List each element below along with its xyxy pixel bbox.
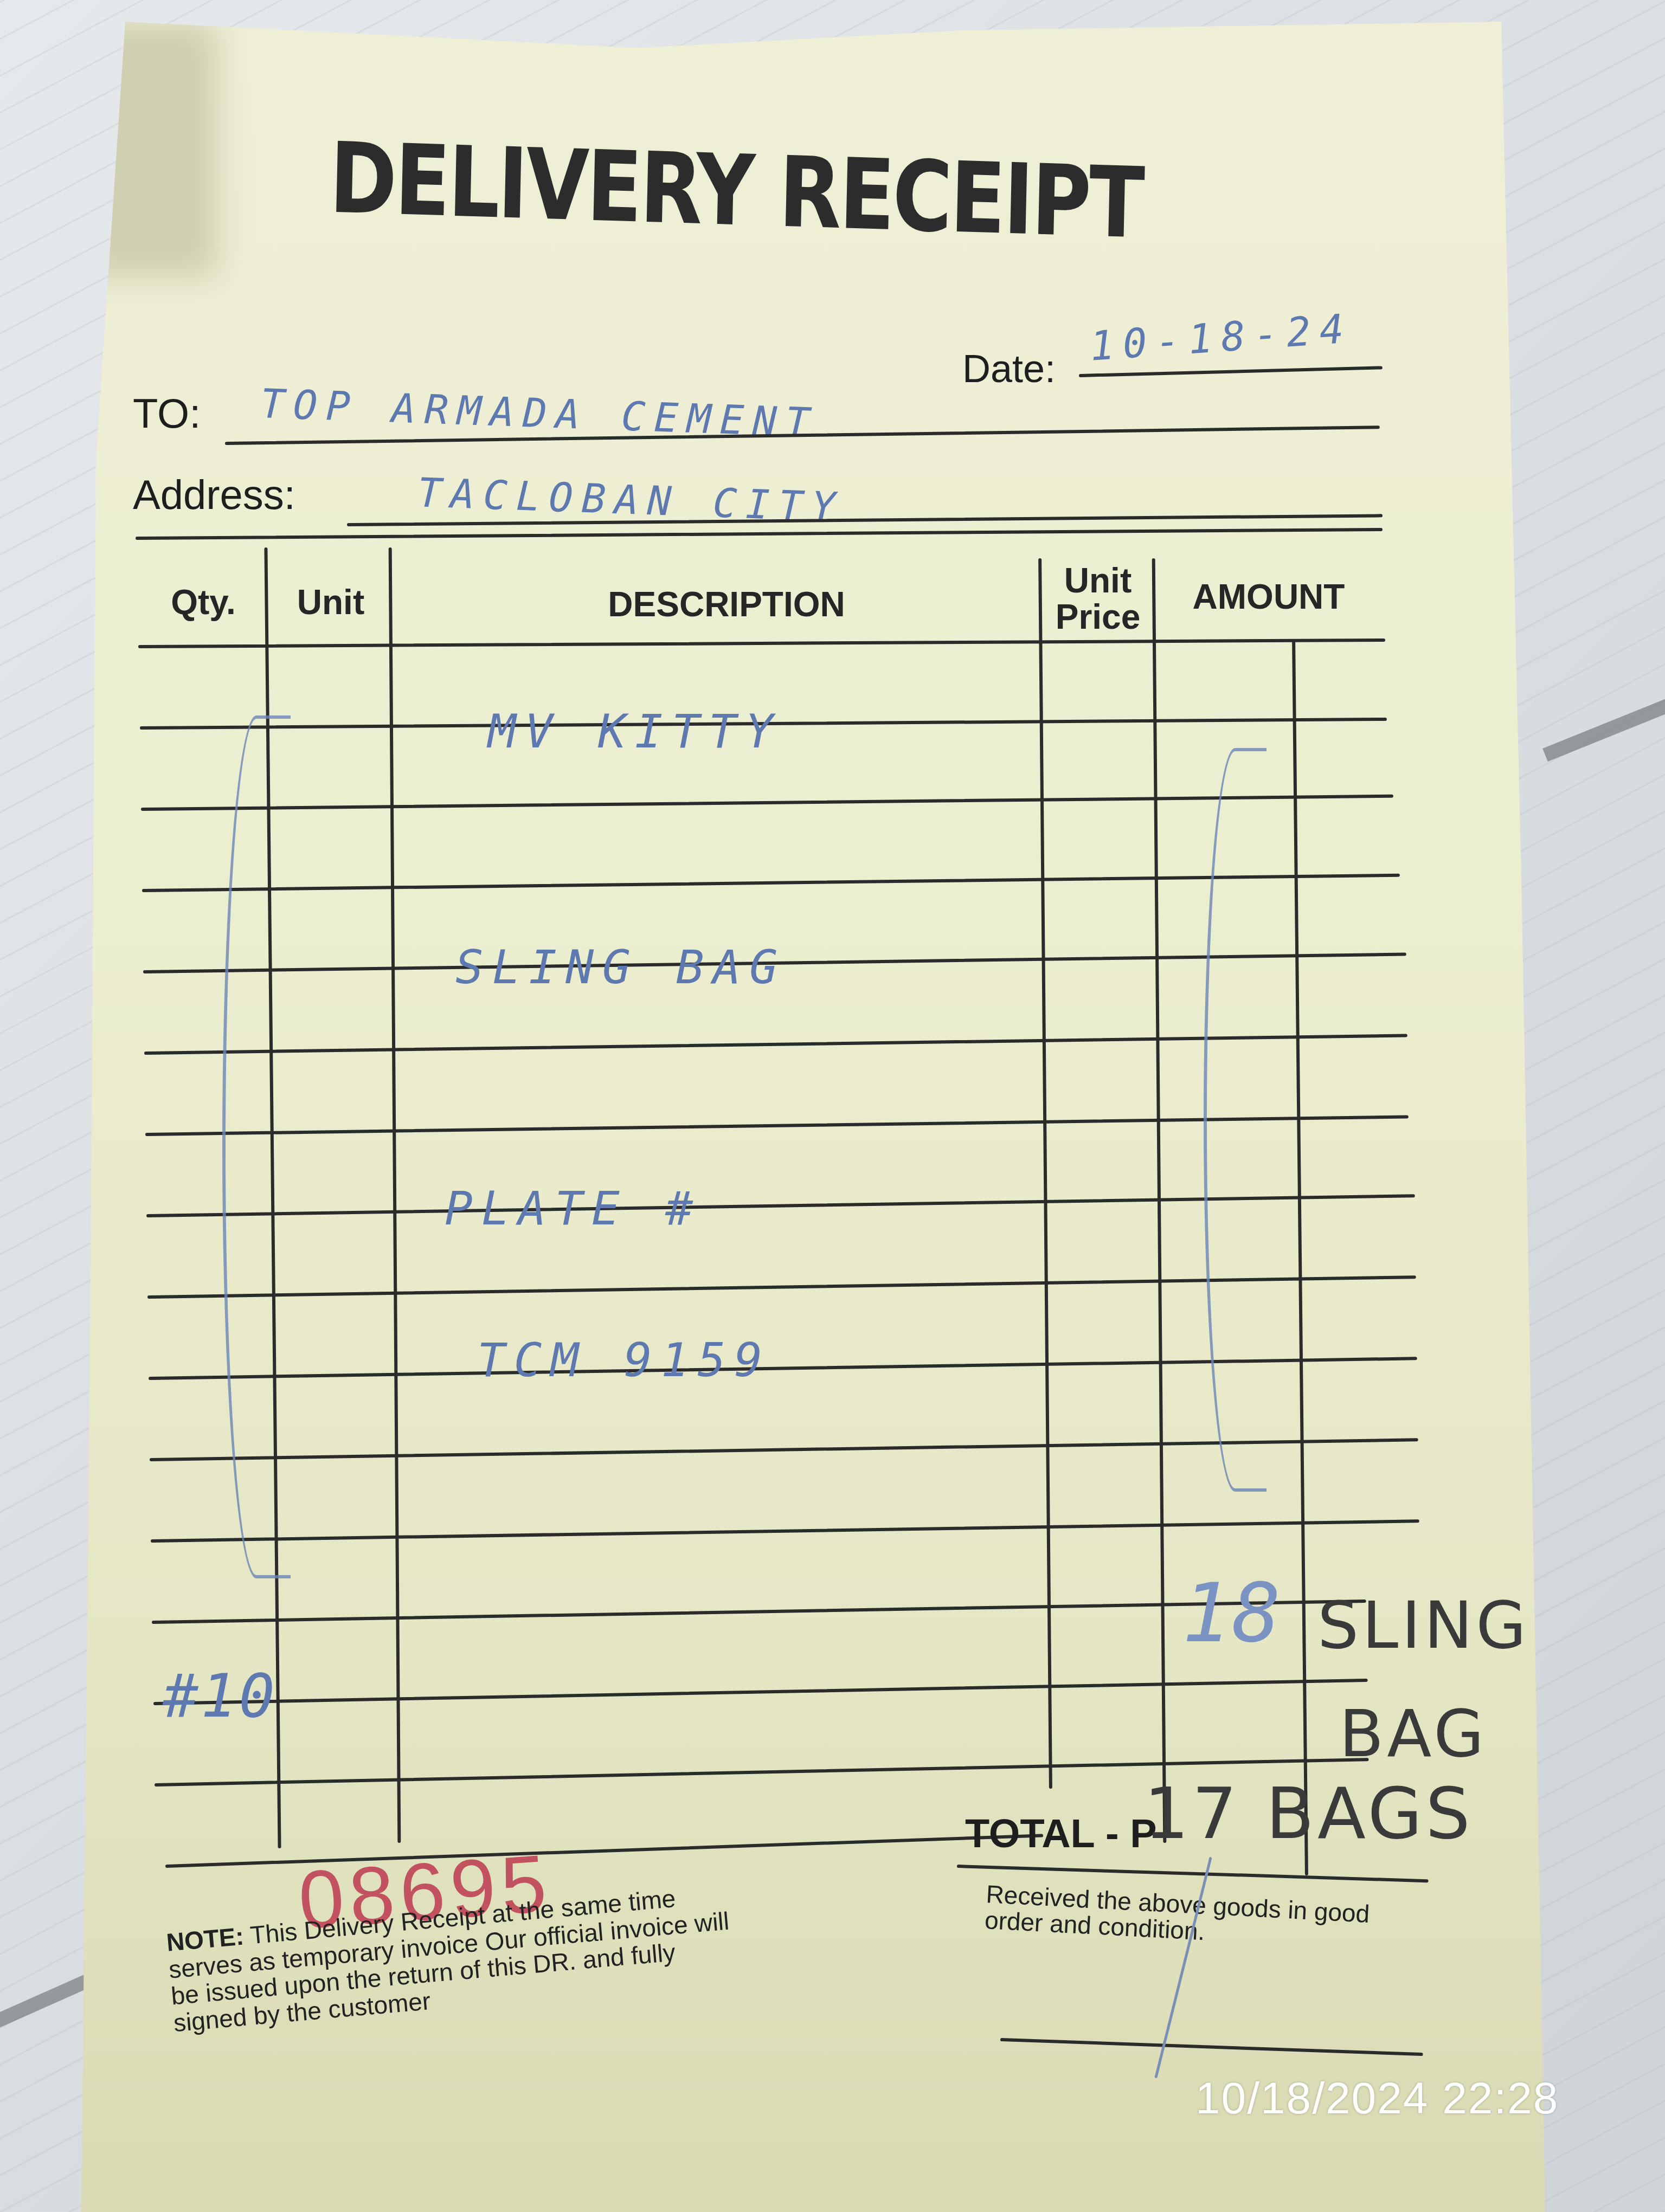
- column-header-qty: Qty.: [163, 584, 244, 621]
- side-note-bag: BAG: [1339, 1697, 1487, 1772]
- column-header-amount: AMOUNT: [1177, 579, 1361, 615]
- date-label: Date:: [962, 347, 1056, 391]
- side-note-number: 18: [1182, 1566, 1282, 1661]
- to-label: TO:: [133, 390, 201, 437]
- unit-price-line1: Unit: [1046, 563, 1149, 599]
- total-value: 17 BAGS: [1144, 1772, 1474, 1855]
- qty-note: #10: [163, 1661, 277, 1731]
- row-description: PLATE #: [445, 1182, 702, 1236]
- photo-timestamp: 10/18/2024 22:28: [1195, 2073, 1559, 2124]
- column-header-description: DESCRIPTION: [558, 586, 895, 623]
- qty-bracket-mark: [222, 715, 291, 1578]
- unit-price-line2: Price: [1046, 599, 1149, 635]
- total-label: TOTAL - P: [965, 1810, 1157, 1856]
- row-description: TCM 9159: [477, 1333, 771, 1388]
- row-description: SLING BAG: [455, 940, 786, 995]
- column-header-unit: Unit: [282, 584, 380, 621]
- address-label: Address:: [133, 472, 295, 519]
- amount-bracket-mark: [1204, 748, 1267, 1492]
- row-description: MV KITTY: [488, 705, 782, 759]
- side-note-sling: SLING: [1317, 1588, 1529, 1663]
- column-header-unit-price: Unit Price: [1046, 563, 1149, 635]
